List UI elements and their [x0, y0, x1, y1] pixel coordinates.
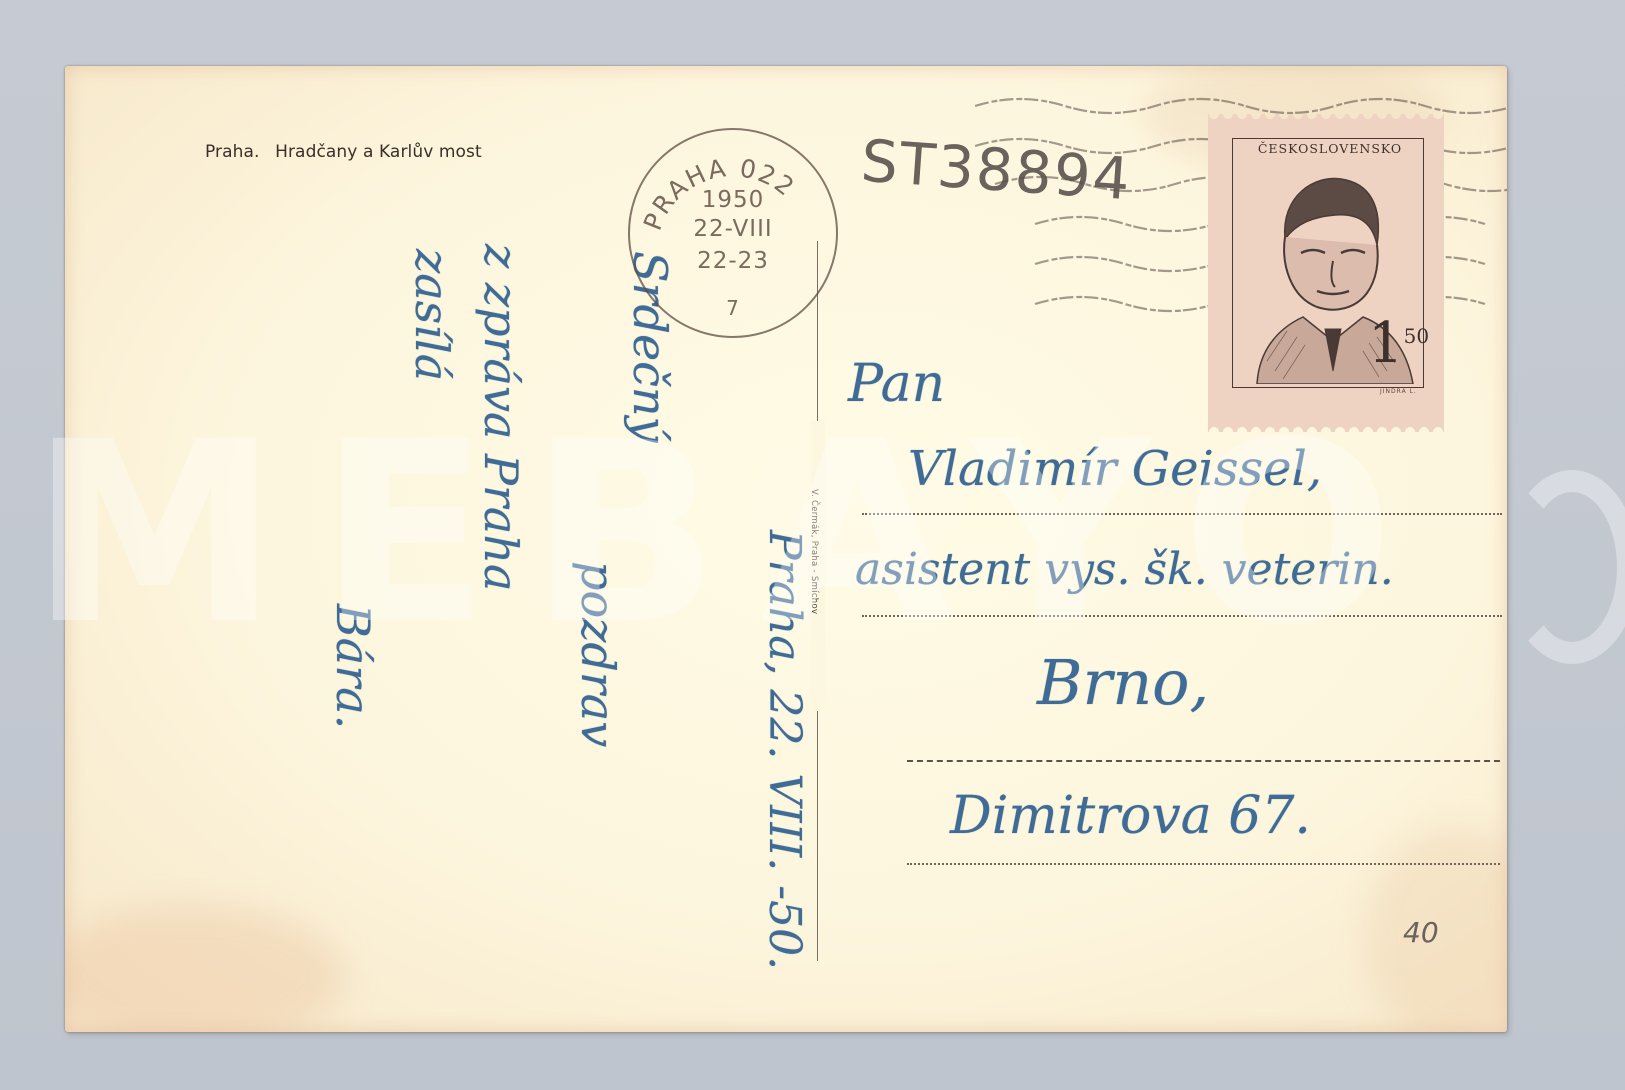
caption-title: Hradčany a Karlův most — [275, 142, 482, 162]
address-city: Brno, — [1037, 646, 1209, 719]
postcard-back: Praha. Hradčany a Karlův most V. Čermák,… — [65, 66, 1507, 1032]
message-date-line: Praha, 22. VIII. -50. — [759, 530, 810, 970]
address-street: Dimitrova 67. — [950, 786, 1311, 846]
printed-caption: Praha. Hradčany a Karlův most — [205, 142, 482, 162]
postmark-number: 7 — [630, 296, 836, 320]
stamp-engraver: JINDRA L. — [1380, 388, 1417, 395]
postmark: PRAHA 022 1950 22-VIII 22-23 7 — [628, 128, 838, 338]
address-rule — [862, 615, 1502, 617]
age-stain — [65, 906, 345, 1032]
message-line: pozdrav — [571, 561, 625, 747]
stamp-value-minor: 50 — [1404, 324, 1429, 348]
address-rule — [862, 513, 1502, 515]
message-line: z zpráva Praha — [474, 244, 528, 591]
printer-credit: V. Čermák, Praha - Smíchov — [809, 489, 819, 614]
address-salutation: Pan — [848, 354, 945, 414]
postmark-date: 22-VIII — [630, 216, 836, 242]
postmark-time: 22-23 — [630, 248, 836, 274]
postmark-year: 1950 — [630, 187, 836, 213]
caption-city: Praha. — [205, 142, 260, 162]
stamp-country: ČESKOSLOVENSKO — [1235, 141, 1425, 156]
stamp-value: 150 — [1368, 316, 1429, 372]
address-rule — [907, 760, 1500, 762]
message-signature: Bára. — [326, 604, 380, 729]
stamp-value-major: 1 — [1368, 311, 1404, 376]
pencil-catalog-number: ST38894 — [859, 127, 1134, 214]
pencil-price: 40 — [1403, 916, 1439, 949]
address-name: Vladimír Geissel, — [908, 441, 1322, 497]
address-rule — [907, 863, 1500, 865]
message-line: zasílá — [405, 249, 459, 381]
address-title: asistent vys. šk. veterin. — [855, 544, 1394, 595]
